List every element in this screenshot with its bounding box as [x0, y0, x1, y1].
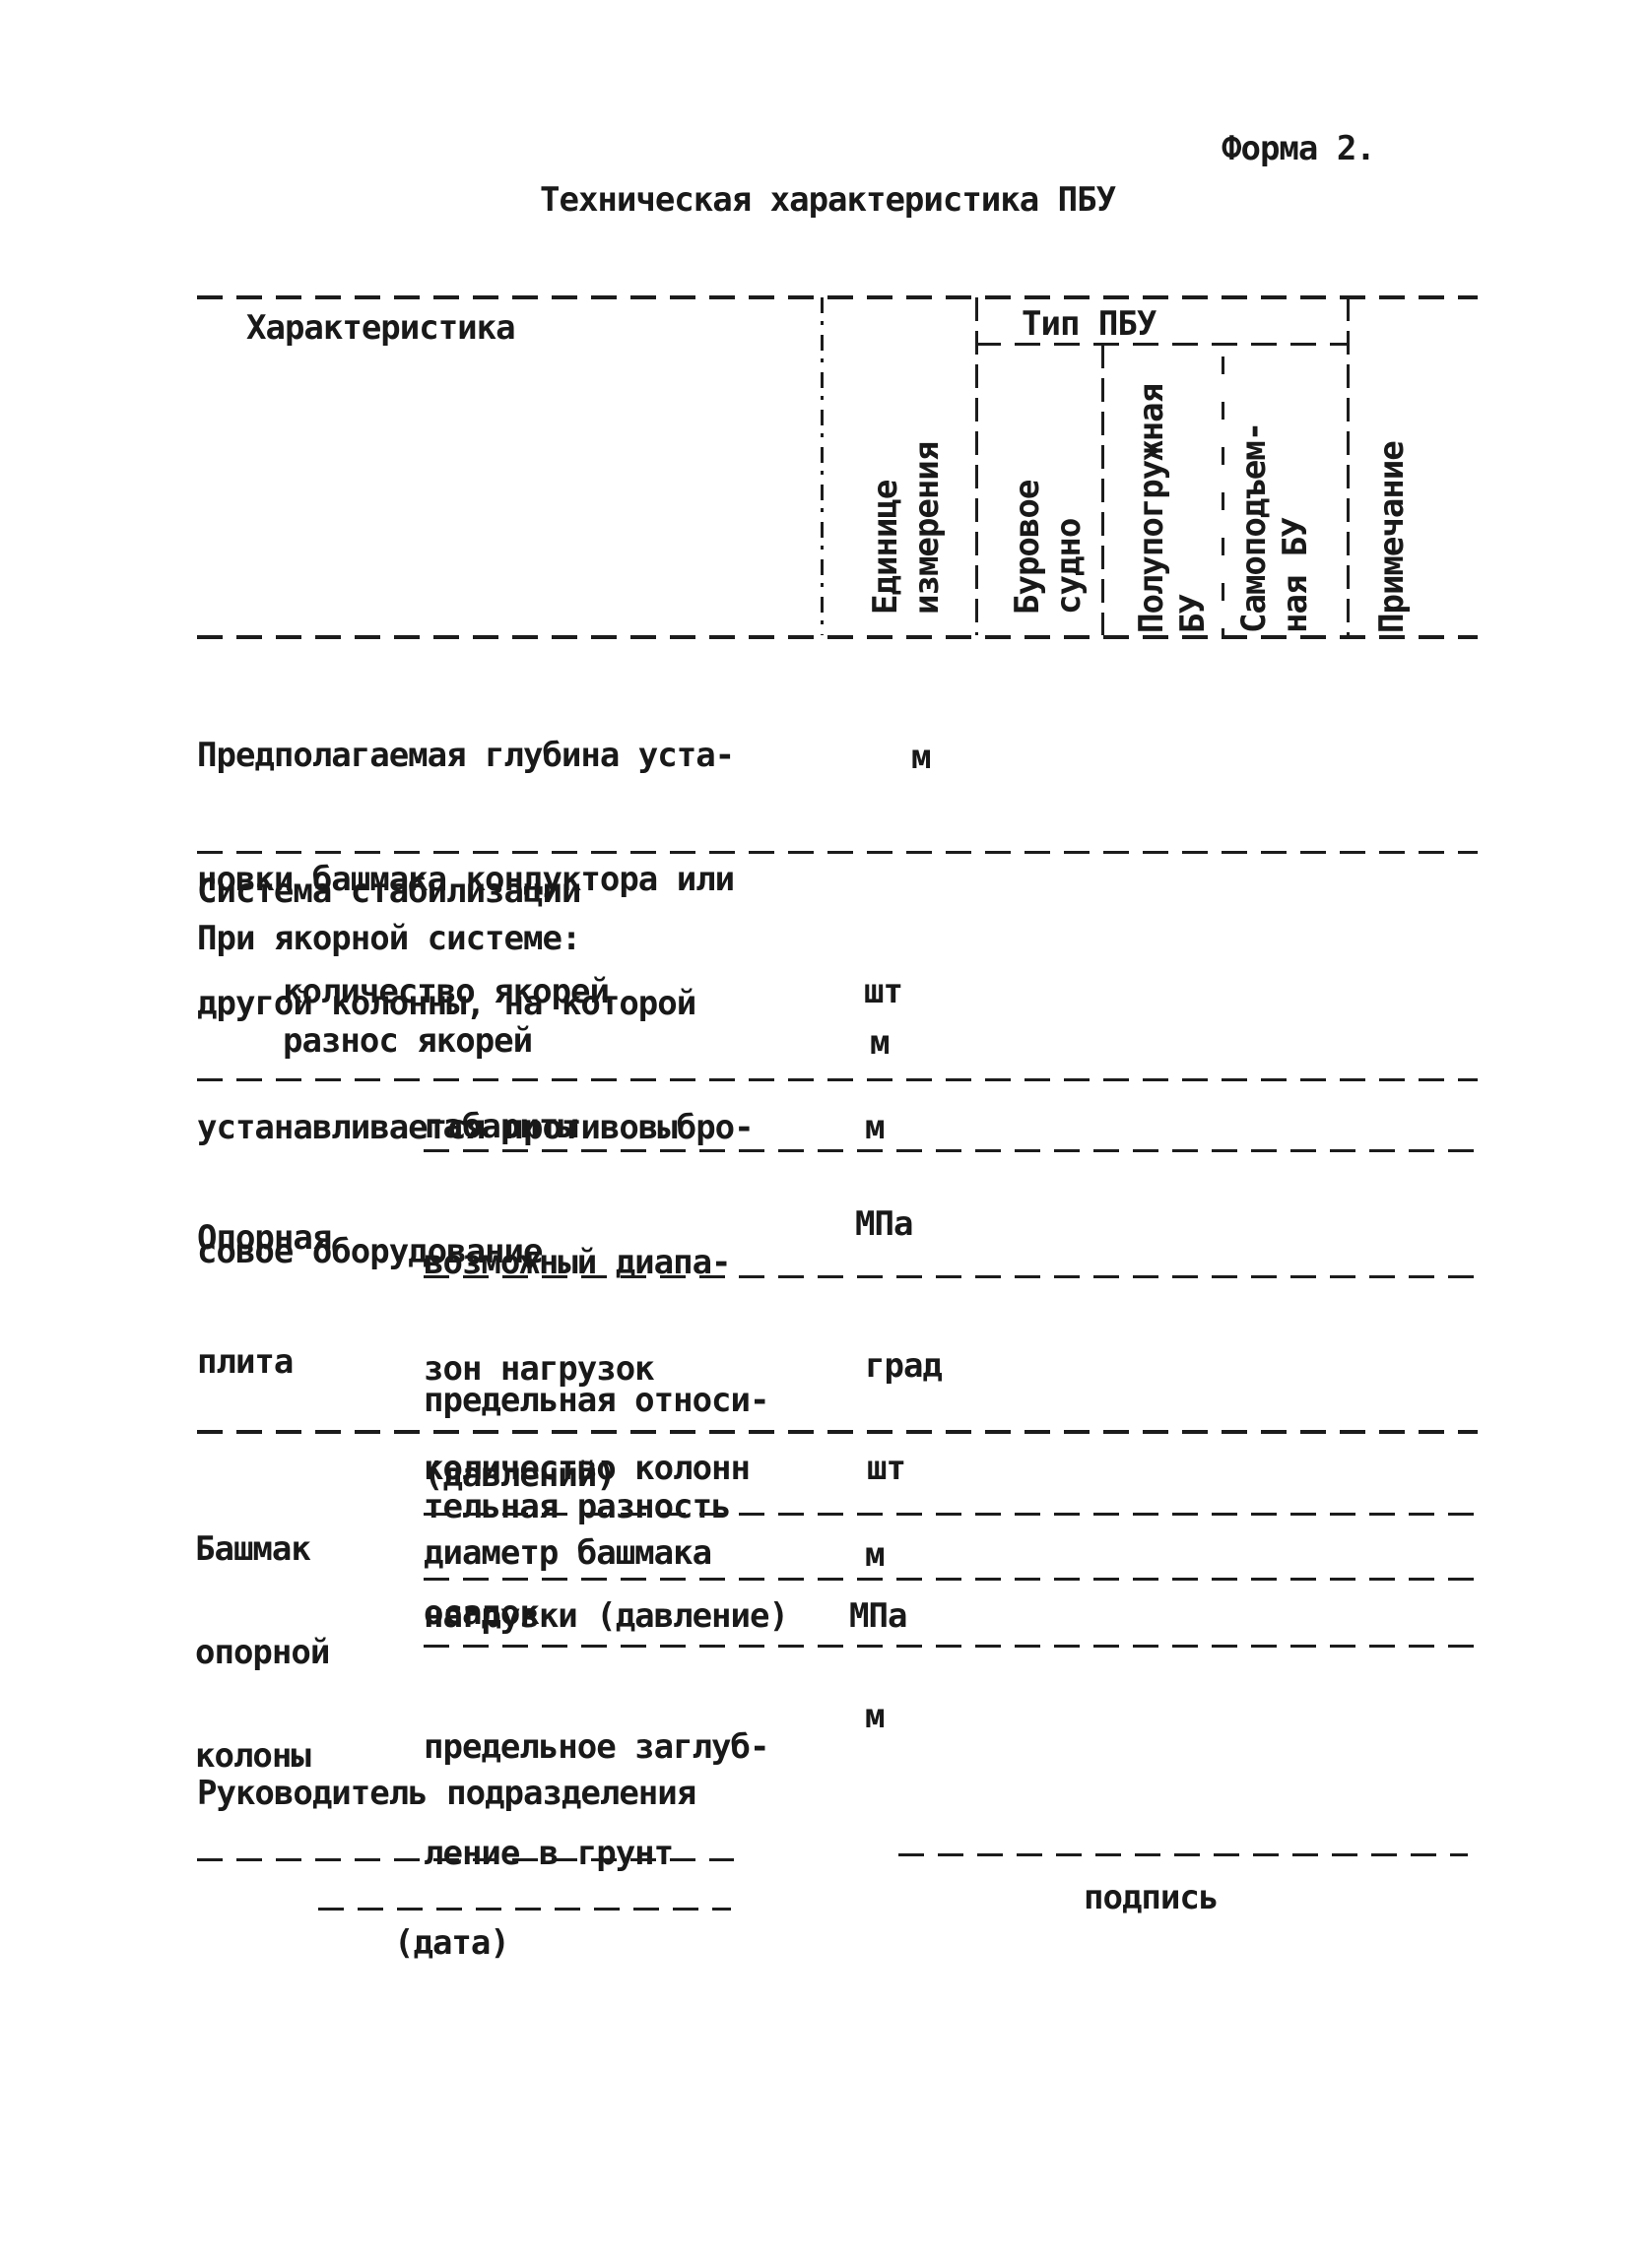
row-separator-1: [197, 851, 1478, 854]
row-separator-5: [197, 1430, 1478, 1434]
row-separator-2: [197, 1078, 1478, 1081]
table-header-bottom-border: [197, 635, 1478, 639]
column-header-note-line1: Примечание: [1371, 421, 1413, 633]
row-plate-dims-label: габариты: [424, 1106, 577, 1147]
row-anchor-spread-unit: м: [870, 1022, 889, 1064]
column-header-drilling-ship: Буровое судно: [1007, 455, 1091, 615]
row-stabilization-label: Система стабилизации: [197, 871, 580, 912]
row-separator-8: [424, 1645, 1478, 1648]
column-header-semisubmersible-line1: Полупогружная: [1131, 379, 1172, 633]
row-shoe-depth-line1: предельное заглуб-: [424, 1729, 768, 1765]
group-shoe-label-line2: опорной: [195, 1636, 329, 1670]
column-header-note: Примечание: [1371, 421, 1415, 633]
row-separator-7: [424, 1578, 1478, 1581]
column-header-unit-line1: Единице: [865, 425, 906, 615]
group-plate-label: Опорная плита: [197, 1134, 331, 1465]
row-plate-settlement-line2: тельная разность: [424, 1489, 768, 1524]
column-header-characteristic: Характеристика: [246, 307, 515, 349]
row-depth-line1: Предполагаемая глубина уста-: [197, 735, 754, 776]
row-shoe-depth-unit: м: [865, 1696, 884, 1737]
row-plate-settlement-unit: град: [865, 1345, 942, 1387]
table-top-border: [197, 295, 1478, 299]
column-header-jackup: Самоподъем- ная БУ: [1233, 402, 1318, 633]
row-separator-6: [424, 1513, 1478, 1516]
col-divider-semisub-jackup: [1222, 356, 1224, 635]
row-shoe-depth-line2: ление в грунт: [424, 1836, 768, 1871]
scanned-form-page: Форма 2. Техническая характеристика ПБУ …: [0, 0, 1652, 2268]
column-header-semisubmersible-line2: БУ: [1172, 379, 1214, 633]
row-shoe-loads-unit: МПа: [849, 1595, 906, 1637]
row-anchor-system-label: При якорной системе:: [197, 918, 580, 959]
row-shoe-count-label: количество колонн: [424, 1448, 750, 1489]
col-divider-unit-ship: [975, 297, 978, 635]
date-line: [318, 1908, 731, 1911]
group-plate-label-line1: Опорная: [197, 1217, 331, 1259]
row-anchor-spread-label: разнос якорей: [283, 1020, 532, 1062]
column-header-unit-line2: измерения: [906, 425, 948, 615]
row-separator-4: [424, 1275, 1478, 1278]
row-depth-unit: м: [911, 737, 930, 778]
column-header-semisubmersible: Полупогружная БУ: [1131, 379, 1216, 633]
row-plate-settlement-line1: предельная относи-: [424, 1383, 768, 1418]
column-header-drilling-ship-line1: Буровое: [1007, 455, 1048, 615]
group-plate-label-line2: плита: [197, 1341, 331, 1383]
row-plate-loads-unit: МПа: [855, 1203, 912, 1245]
row-shoe-diameter-unit: м: [865, 1534, 884, 1576]
col-divider-ship-semisub: [1101, 345, 1104, 635]
page-title: Техническая характеристика ПБУ: [540, 179, 1115, 221]
column-header-drilling-ship-line2: судно: [1048, 455, 1090, 615]
row-shoe-count-unit: шт: [867, 1448, 905, 1489]
row-plate-dims-unit: м: [865, 1107, 884, 1148]
col-divider-characteristic-unit: [821, 297, 824, 635]
row-plate-settlement-text: предельная относи- тельная разность осад…: [424, 1312, 768, 1702]
signature-caption: подпись: [1084, 1877, 1218, 1918]
row-shoe-loads-label: нагрузки (давление): [424, 1595, 788, 1637]
group-shoe-label-line1: Башмак: [195, 1532, 329, 1567]
row-anchor-count-label: количество якорей: [283, 971, 609, 1012]
date-caption: (дата): [394, 1922, 509, 1964]
column-header-type-group: Тип ПБУ: [1022, 303, 1156, 345]
column-header-unit: Единице измерения: [865, 425, 950, 615]
column-header-jackup-line2: ная БУ: [1275, 402, 1316, 633]
col-divider-jackup-note: [1347, 297, 1350, 635]
signature-line-left: [197, 1858, 734, 1861]
row-shoe-diameter-label: диаметр башмака: [424, 1532, 711, 1574]
column-header-jackup-line1: Самоподъем-: [1233, 402, 1275, 633]
group-shoe-label-line3: колоны: [195, 1739, 329, 1774]
manager-title-label: Руководитель подразделения: [197, 1773, 695, 1814]
row-anchor-count-unit: шт: [864, 971, 902, 1012]
form-number-label: Форма 2.: [1222, 128, 1375, 169]
signature-line-right: [898, 1853, 1468, 1856]
row-separator-3: [424, 1149, 1478, 1152]
